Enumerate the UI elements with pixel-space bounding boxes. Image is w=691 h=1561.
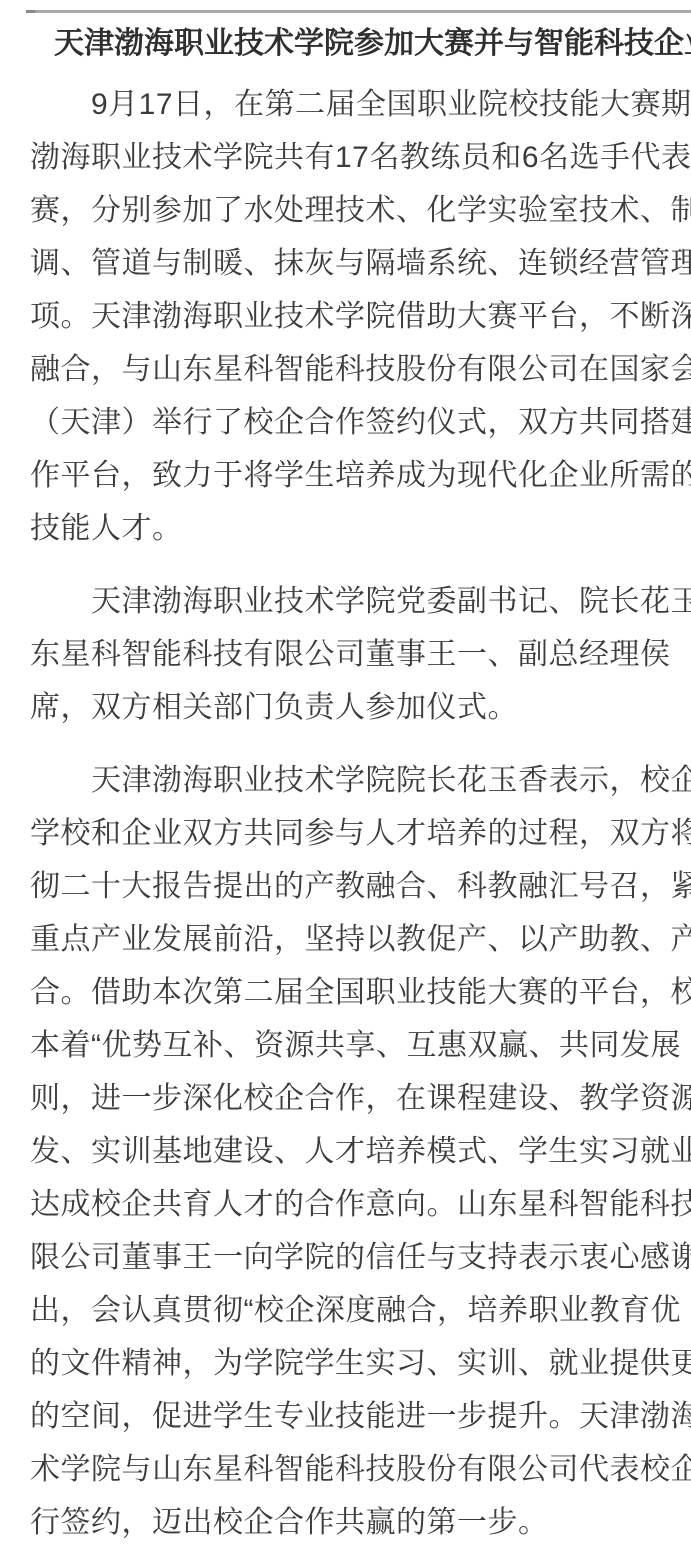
text-line: 作平台，致力于将学生培养成为现代化企业所需的: [30, 449, 691, 502]
text-line: 限公司董事王一向学院的信任与支持表示衷心感谢: [30, 1231, 691, 1284]
article-title: 天津渤海职业技术学院参加大赛并与智能科技企业: [30, 18, 691, 70]
text-line: 发、实训基地建设、人才培养模式、学生实习就业: [30, 1125, 691, 1178]
text-line: 赛，分别参加了水处理技术、化学实验室技术、制: [30, 184, 691, 237]
text-line: 渤海职业技术学院共有17名教练员和6名选手代表: [30, 131, 691, 184]
text-line: 则，进一步深化校企合作，在课程建设、教学资源: [30, 1072, 691, 1125]
article-page: 天津渤海职业技术学院参加大赛并与智能科技企业 9月17日，在第二届全国职业院校技…: [0, 0, 691, 1561]
divider-cap: [26, 10, 35, 13]
text-line: 项。天津渤海职业技术学院借助大赛平台，不断深: [30, 290, 691, 343]
text-line: 9月17日，在第二届全国职业院校技能大赛期间: [30, 78, 691, 131]
text-line: 术学院与山东星科智能科技股份有限公司代表校企: [30, 1443, 691, 1496]
text-line: 的空间，促进学生专业技能进一步提升。天津渤海: [30, 1390, 691, 1443]
text-line: 彻二十大报告提出的产教融合、科教融汇号召，紧: [30, 860, 691, 913]
text-line: 融合，与山东星科智能科技股份有限公司在国家会: [30, 343, 691, 396]
text-line: 天津渤海职业技术学院党委副书记、院长花玉: [30, 575, 691, 628]
text-line: 重点产业发展前沿，坚持以教促产、以产助教、产: [30, 913, 691, 966]
paragraph: 天津渤海职业技术学院院长花玉香表示，校企学校和企业双方共同参与人才培养的过程，双…: [30, 754, 691, 1549]
text-line: 技能人才。: [30, 502, 691, 555]
top-divider: [26, 10, 691, 13]
text-line: 达成校企共育人才的合作意向。山东星科智能科技: [30, 1178, 691, 1231]
text-line: 学校和企业双方共同参与人才培养的过程，双方将: [30, 807, 691, 860]
text-line: 的文件精神，为学院学生实习、实训、就业提供更: [30, 1337, 691, 1390]
article-body: 9月17日，在第二届全国职业院校技能大赛期间渤海职业技术学院共有17名教练员和6…: [30, 78, 691, 1549]
paragraph: 9月17日，在第二届全国职业院校技能大赛期间渤海职业技术学院共有17名教练员和6…: [30, 78, 691, 555]
text-line: 出，会认真贯彻“校企深度融合，培养职业教育优: [30, 1284, 691, 1337]
text-line: 合。借助本次第二届全国职业技能大赛的平台，校: [30, 966, 691, 1019]
text-line: 东星科智能科技有限公司董事王一、副总经理侯: [30, 628, 691, 681]
text-line: （天津）举行了校企合作签约仪式，双方共同搭建: [30, 396, 691, 449]
paragraph: 天津渤海职业技术学院党委副书记、院长花玉东星科智能科技有限公司董事王一、副总经理…: [30, 575, 691, 734]
text-line: 行签约，迈出校企合作共赢的第一步。: [30, 1496, 691, 1549]
text-line: 席，双方相关部门负责人参加仪式。: [30, 681, 691, 734]
text-line: 天津渤海职业技术学院院长花玉香表示，校企: [30, 754, 691, 807]
text-line: 本着“优势互补、资源共享、互惠双赢、共同发展: [30, 1019, 691, 1072]
text-line: 调、管道与制暖、抹灰与隔墙系统、连锁经营管理: [30, 237, 691, 290]
